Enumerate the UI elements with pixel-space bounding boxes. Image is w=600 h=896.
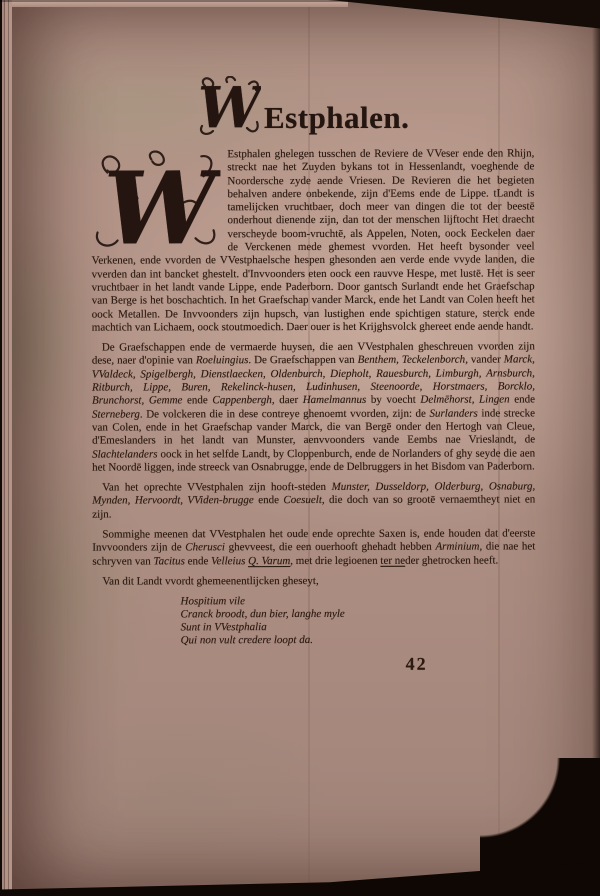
- page-corner-bottom-right: [480, 758, 600, 878]
- binding-edge: [0, 0, 14, 896]
- paragraph: De Graefschappen ende de vermaerde huyse…: [92, 341, 535, 475]
- body-text: W Estphalen ghelegen tusschen de Reviere…: [91, 147, 535, 672]
- book-photo: W Estphalen. W Estphalen ghelegen tussch…: [0, 0, 600, 896]
- paragraph: Van dit Landt vvordt ghemeenentlijcken g…: [92, 574, 535, 588]
- paragraph: W Estphalen ghelegen tusschen de Reviere…: [91, 147, 534, 334]
- drop-cap-initial: W: [91, 150, 220, 251]
- verse-line: Hospitium vile: [180, 595, 535, 609]
- page-title: W Estphalen.: [197, 76, 409, 136]
- verse-line: Cranck broodt, dun bier, langhe myle: [181, 607, 536, 621]
- drop-cap-letter: W: [103, 150, 220, 251]
- title-initial-ornament: W: [197, 76, 261, 136]
- verse-block: Hospitium vile Cranck broodt, dun bier, …: [180, 595, 535, 647]
- paragraph: Sommighe meenen dat VVestphalen het oude…: [92, 527, 535, 568]
- verse-line: Sunt in VVestphalia: [181, 620, 536, 634]
- paragraph: Van het oprechte VVestphalen zijn hooft-…: [92, 481, 535, 522]
- title-initial-letter: W: [198, 76, 261, 136]
- title-text: Estphalen.: [264, 102, 409, 133]
- verse-line: Qui non vult credere loopt da.: [181, 633, 536, 647]
- page-number: 42: [406, 658, 536, 672]
